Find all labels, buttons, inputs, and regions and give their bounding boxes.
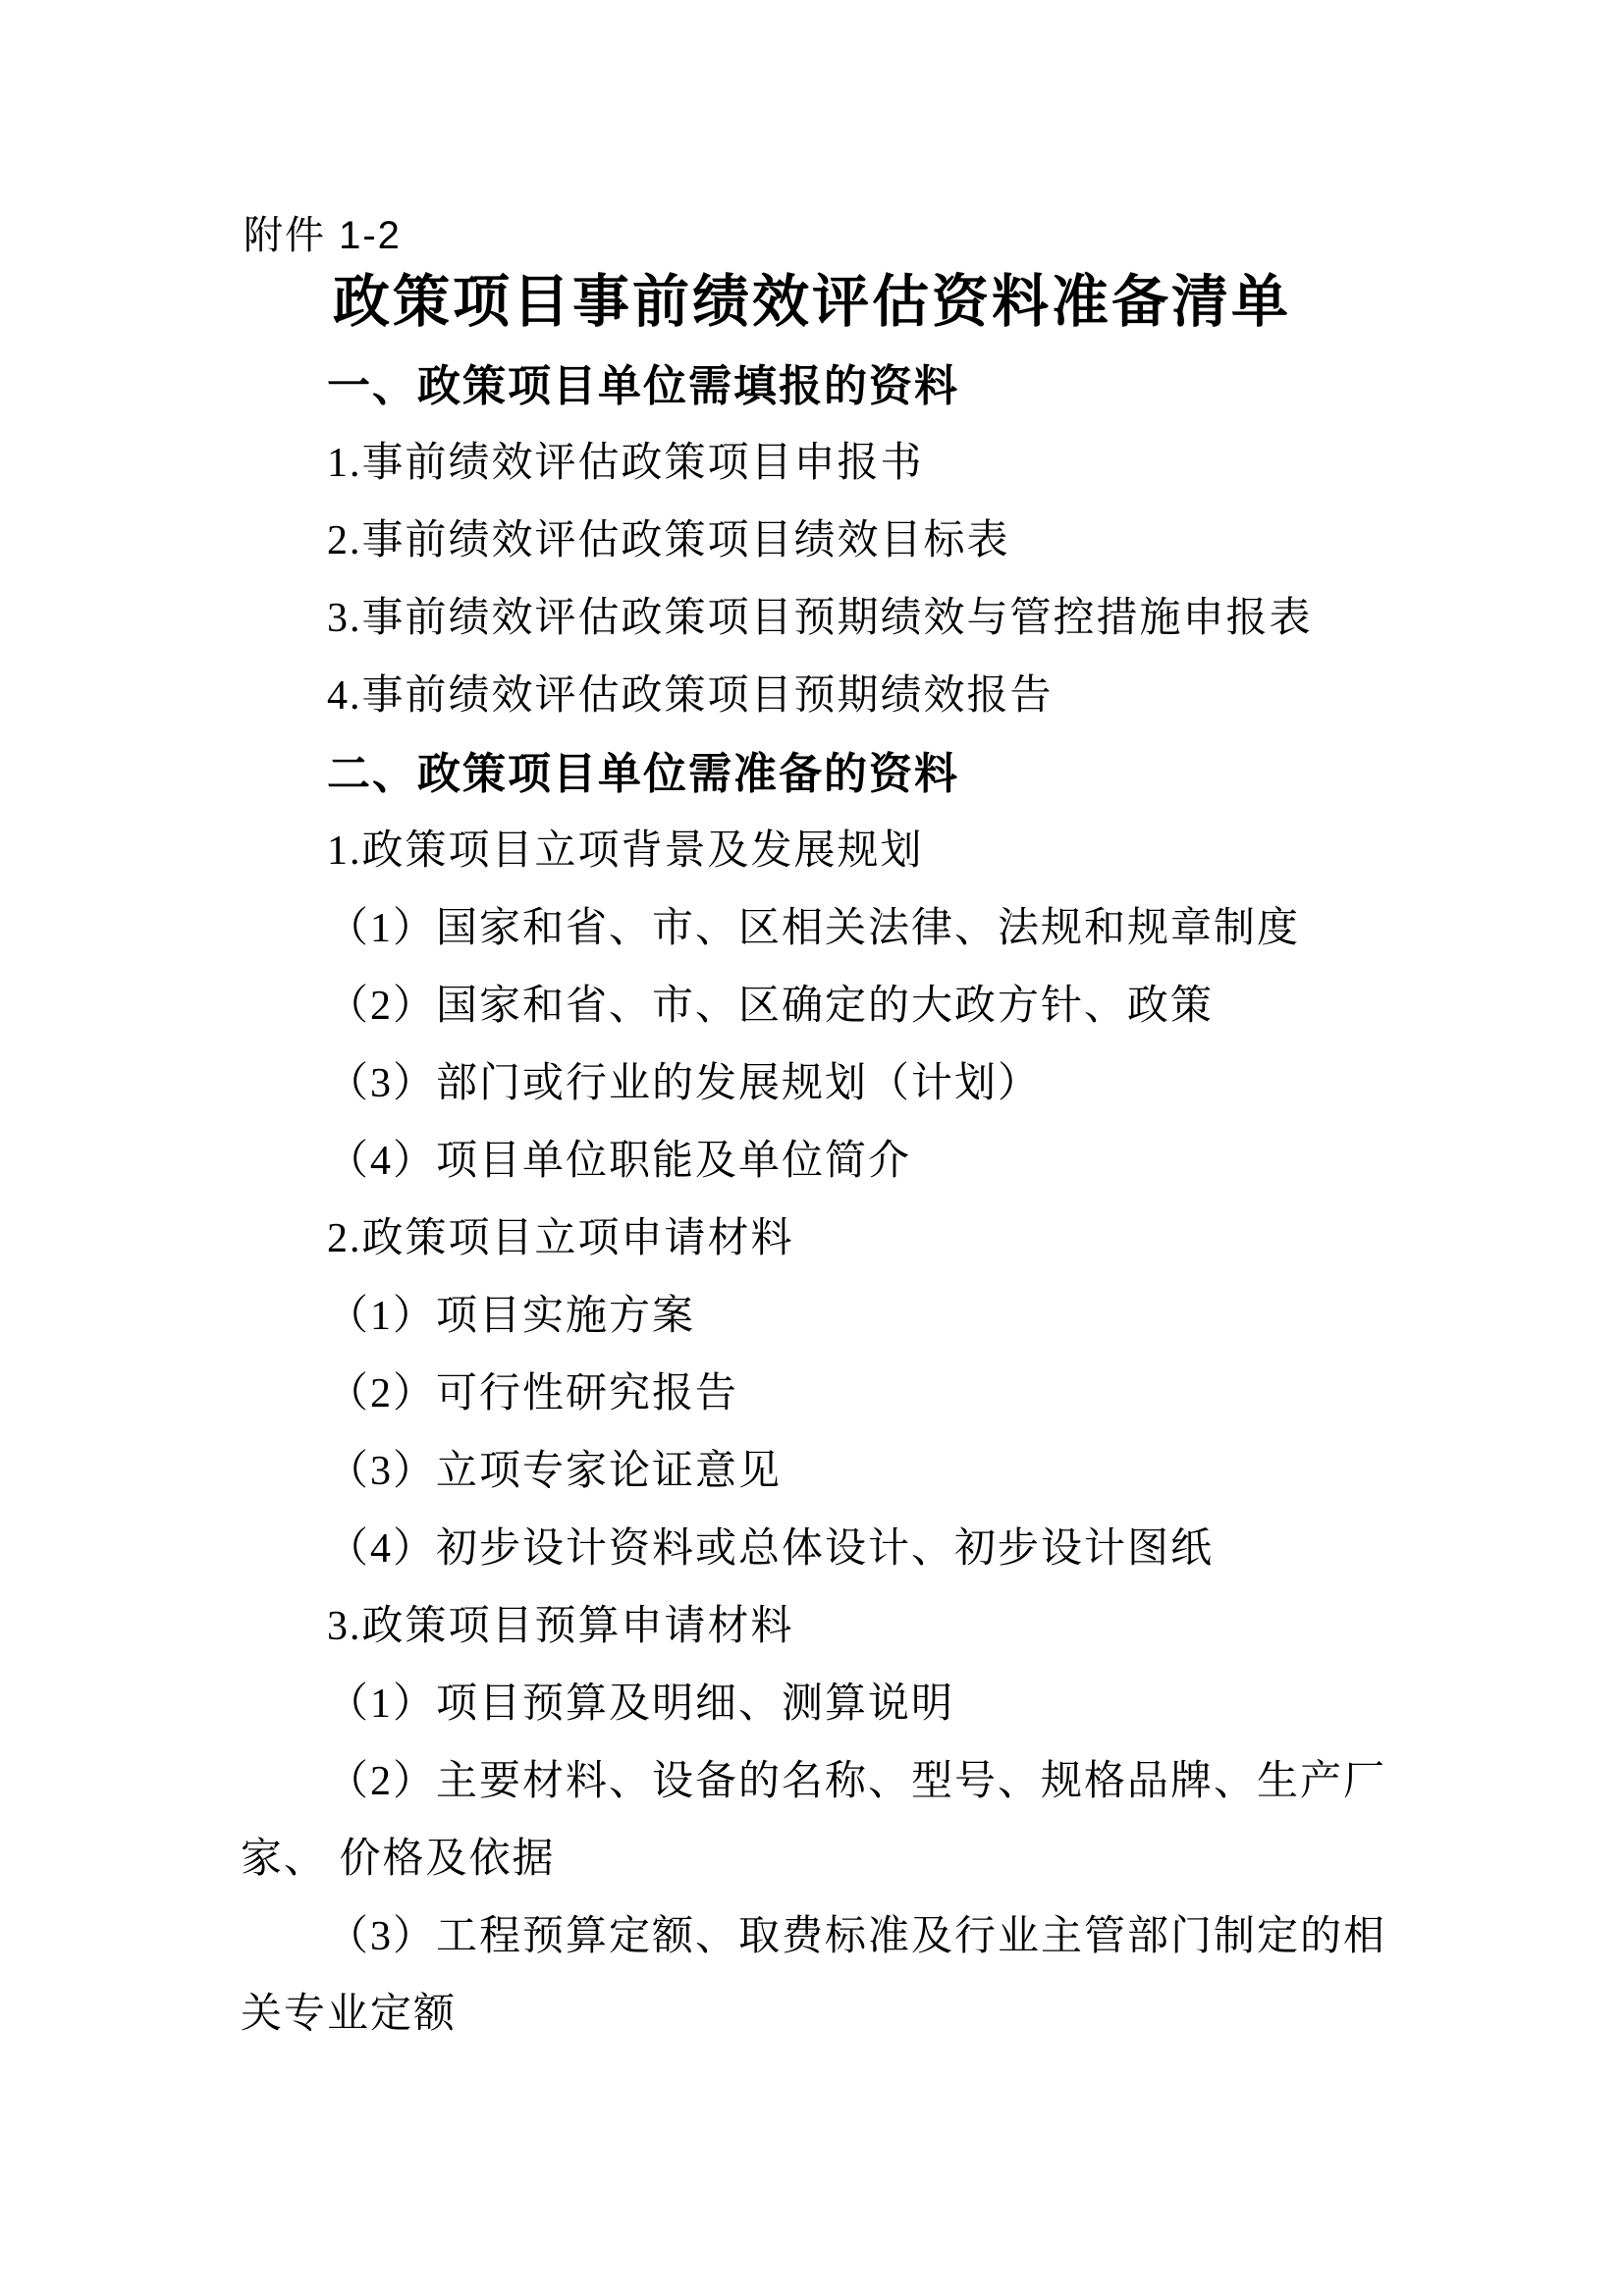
section-2-item-2-sub-4: （4）初步设计资料或总体设计、初步设计图纸 [241, 1526, 1214, 1572]
section-2-item-2-sub-1: （1）项目实施方案 [241, 1294, 695, 1339]
section-2-item-1: 1.政策项目立项背景及发展规划 [241, 828, 924, 874]
section-2-item-3-sub-1: （1）项目预算及明细、测算说明 [241, 1682, 954, 1727]
section-1-heading: 一、政策项目单位需填报的资料 [241, 363, 959, 410]
section-1-item-3: 3.事前绩效评估政策项目预期绩效与管控措施申报表 [241, 596, 1313, 641]
section-2-item-1-sub-4: （4）项目单位职能及单位简介 [241, 1139, 911, 1184]
section-2-item-3-sub-2-continuation: 家、 价格及依据 [241, 1837, 556, 1882]
section-2-item-2: 2.政策项目立项申请材料 [241, 1216, 794, 1261]
section-2-item-1-sub-3: （3）部门或行业的发展规划（计划） [241, 1061, 1041, 1106]
section-2-item-1-sub-2: （2）国家和省、市、区确定的大政方针、政策 [241, 984, 1214, 1029]
section-2-item-1-sub-1: （1）国家和省、市、区相关法律、法规和规章制度 [241, 906, 1300, 951]
section-2-item-2-sub-2: （2）可行性研究报告 [241, 1371, 738, 1416]
section-1-item-1: 1.事前绩效评估政策项目申报书 [241, 441, 924, 486]
document-page: 附件 1-2 政策项目事前绩效评估资料准备清单 一、政策项目单位需填报的资料 1… [0, 0, 1624, 2296]
section-2-item-3-sub-3-continuation: 关专业定额 [241, 1992, 457, 2037]
section-2-item-3-sub-3: （3）工程预算定额、取费标准及行业主管部门制定的相 [241, 1914, 1386, 1959]
attachment-label: 附件 1-2 [244, 214, 402, 257]
section-1-item-2: 2.事前绩效评估政策项目绩效目标表 [241, 518, 1010, 563]
section-2-heading: 二、政策项目单位需准备的资料 [241, 751, 959, 798]
section-2-item-3-sub-2: （2）主要材料、设备的名称、型号、规格品牌、生产厂 [241, 1759, 1386, 1804]
section-2-item-2-sub-3: （3）立项专家论证意见 [241, 1449, 782, 1494]
document-title: 政策项目事前绩效评估资料准备清单 [0, 271, 1624, 334]
section-1-item-4: 4.事前绩效评估政策项目预期绩效报告 [241, 673, 1054, 719]
section-2-item-3: 3.政策项目预算申请材料 [241, 1604, 794, 1649]
